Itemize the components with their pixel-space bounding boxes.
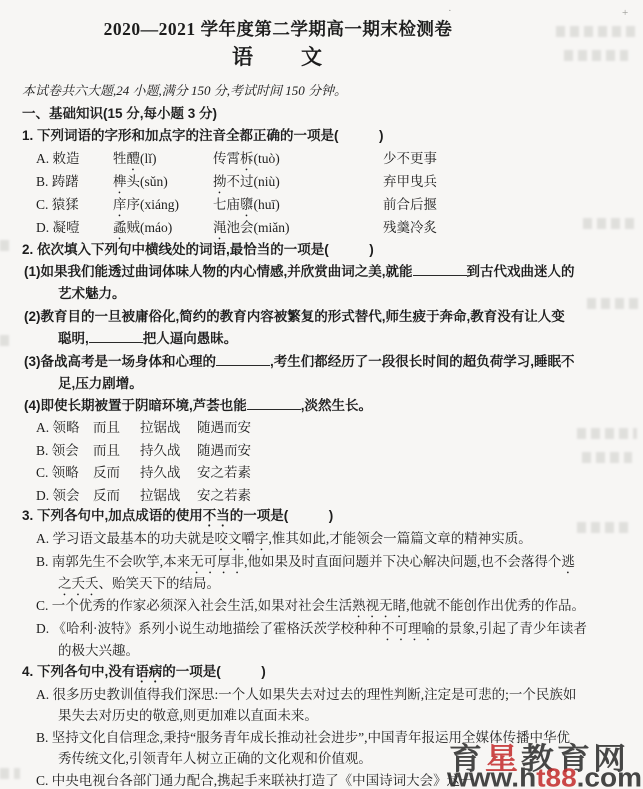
q3-option-d-line1: D. 《哈利·波特》系列小说生动地描绘了霍格沃茨学校种种不可理喻的景象,引起了青…: [36, 620, 587, 644]
blank-line: [89, 339, 143, 343]
q3-option-b-line1: B. 南郭先生不会吹竽,本来无可厚非,他如果及时直面问题并下决心解决问题,也不会…: [36, 553, 575, 577]
q2-item4: (4)即使长期被置于阴暗环境,芦荟也能,淡然生长。: [24, 397, 372, 415]
q4-option-a-line2: 果失去对历史的敬意,则更加难以直面未来。: [58, 707, 318, 725]
q3-option-b-line2: 之夭夭、贻笑天下的结局。: [58, 575, 220, 599]
section1-heading: 一、基础知识(15 分,每小题 3 分): [22, 105, 217, 123]
subject-title: 语 文: [0, 48, 556, 66]
exam-instructions: 本试卷共六大题,24 小题,满分 150 分,考试时间 150 分钟。: [22, 82, 347, 100]
bleed-through-artifact: [556, 26, 638, 37]
bleed-through-artifact: [587, 298, 639, 309]
page-title: 2020—2021 学年度第二学期高一期末检测卷: [0, 20, 556, 38]
q2-item2-line2: 聪明,把人逼向愚昧。: [58, 330, 237, 348]
scan-speck: +: [622, 8, 628, 18]
bleed-through-artifact: [0, 240, 14, 251]
q4-option-c-line1: C. 中央电视台各部门通力配合,携起手来联袂打造了《中国诗词大会》这一: [36, 772, 474, 789]
q3-stem: 3. 下列各句中,加点成语的使用不当的一项是( ): [22, 507, 333, 530]
q1-option-d: D. 凝噎蟊贼(máo)渑池会(miǎn)残羹冷炙: [36, 219, 437, 243]
q2-item1-line2: 艺术魅力。: [58, 285, 126, 303]
bleed-through-artifact: [0, 768, 20, 779]
q2-option-b: B. 领会而且持久战随遇而安: [36, 442, 251, 460]
blank-line: [216, 362, 270, 366]
blank-line: [413, 272, 467, 276]
q2-option-a: A. 领略而且拉锯战随遇而安: [36, 419, 251, 437]
bleed-through-artifact: [583, 218, 639, 229]
q2-item2-line1: (2)教育目的一旦被庸俗化,简约的教育内容被繁复的形式替代,师生疲于奔命,教育没…: [24, 308, 565, 326]
q4-stem: 4. 下列各句中,没有语病的一项是( ): [22, 663, 266, 686]
q1-stem: 1. 下列词语的字形和加点字的注音全都正确的一项是( ): [22, 127, 384, 145]
bleed-through-artifact: [582, 452, 632, 463]
q2-item3-line2: 足,压力剧增。: [58, 375, 143, 393]
bleed-through-artifact: [577, 522, 633, 533]
bleed-through-artifact: [564, 50, 628, 61]
q4-option-b-line2: 秀传统文化,引领青年人树立正确的文化观和价值观。: [58, 750, 372, 768]
q2-item3-line1: (3)备战高考是一场身体和心理的,考生们都经历了一段很长时间的超负荷学习,睡眠不: [24, 353, 575, 371]
blank-line: [247, 406, 301, 410]
q4-option-a-line1: A. 很多历史教训值得我们深思:一个人如果失去对过去的理性判断,注定是可悲的;一…: [36, 686, 576, 704]
bleed-through-artifact: [577, 428, 637, 439]
q2-option-c: C. 领略反而持久战安之若素: [36, 464, 251, 482]
q2-option-d: D. 领会反而拉锯战安之若素: [36, 487, 251, 505]
q2-item1-line1: (1)如果我们能透过曲词体味人物的内心情感,并欣赏曲词之美,就能到古代戏曲迷人的: [24, 263, 575, 281]
q1-option-a: A. 敕造牲醴(lǐ)传霄柝(tuò)少不更事: [36, 150, 437, 174]
q1-option-c: C. 猿猱庠序(xiáng)七庙隳(huī)前合后揠: [36, 196, 437, 220]
q2-stem: 2. 依次填入下列句中横线处的词语,最恰当的一项是( ): [22, 241, 374, 259]
q3-option-a: A. 学习语文最基本的功夫就是咬文嚼字,惟其如此,才能领会一篇篇文章的精神实质。: [36, 530, 532, 554]
q3-option-c: C. 一个优秀的作家必须深入社会生活,如果对社会生活熟视无睹,他就不能创作出优秀…: [36, 597, 585, 621]
scan-speck: ·: [448, 6, 452, 16]
watermark-url: www.ht88.com: [447, 763, 642, 789]
q1-option-b: B. 踌躇榫头(sǔn)拗不过(niù)弃甲曳兵: [36, 173, 437, 197]
exam-paper-scan: 2020—2021 学年度第二学期高一期末检测卷 语 文 本试卷共六大题,24 …: [0, 0, 643, 789]
q3-option-d-line2: 的极大兴趣。: [58, 642, 139, 660]
bleed-through-artifact: [0, 335, 12, 346]
